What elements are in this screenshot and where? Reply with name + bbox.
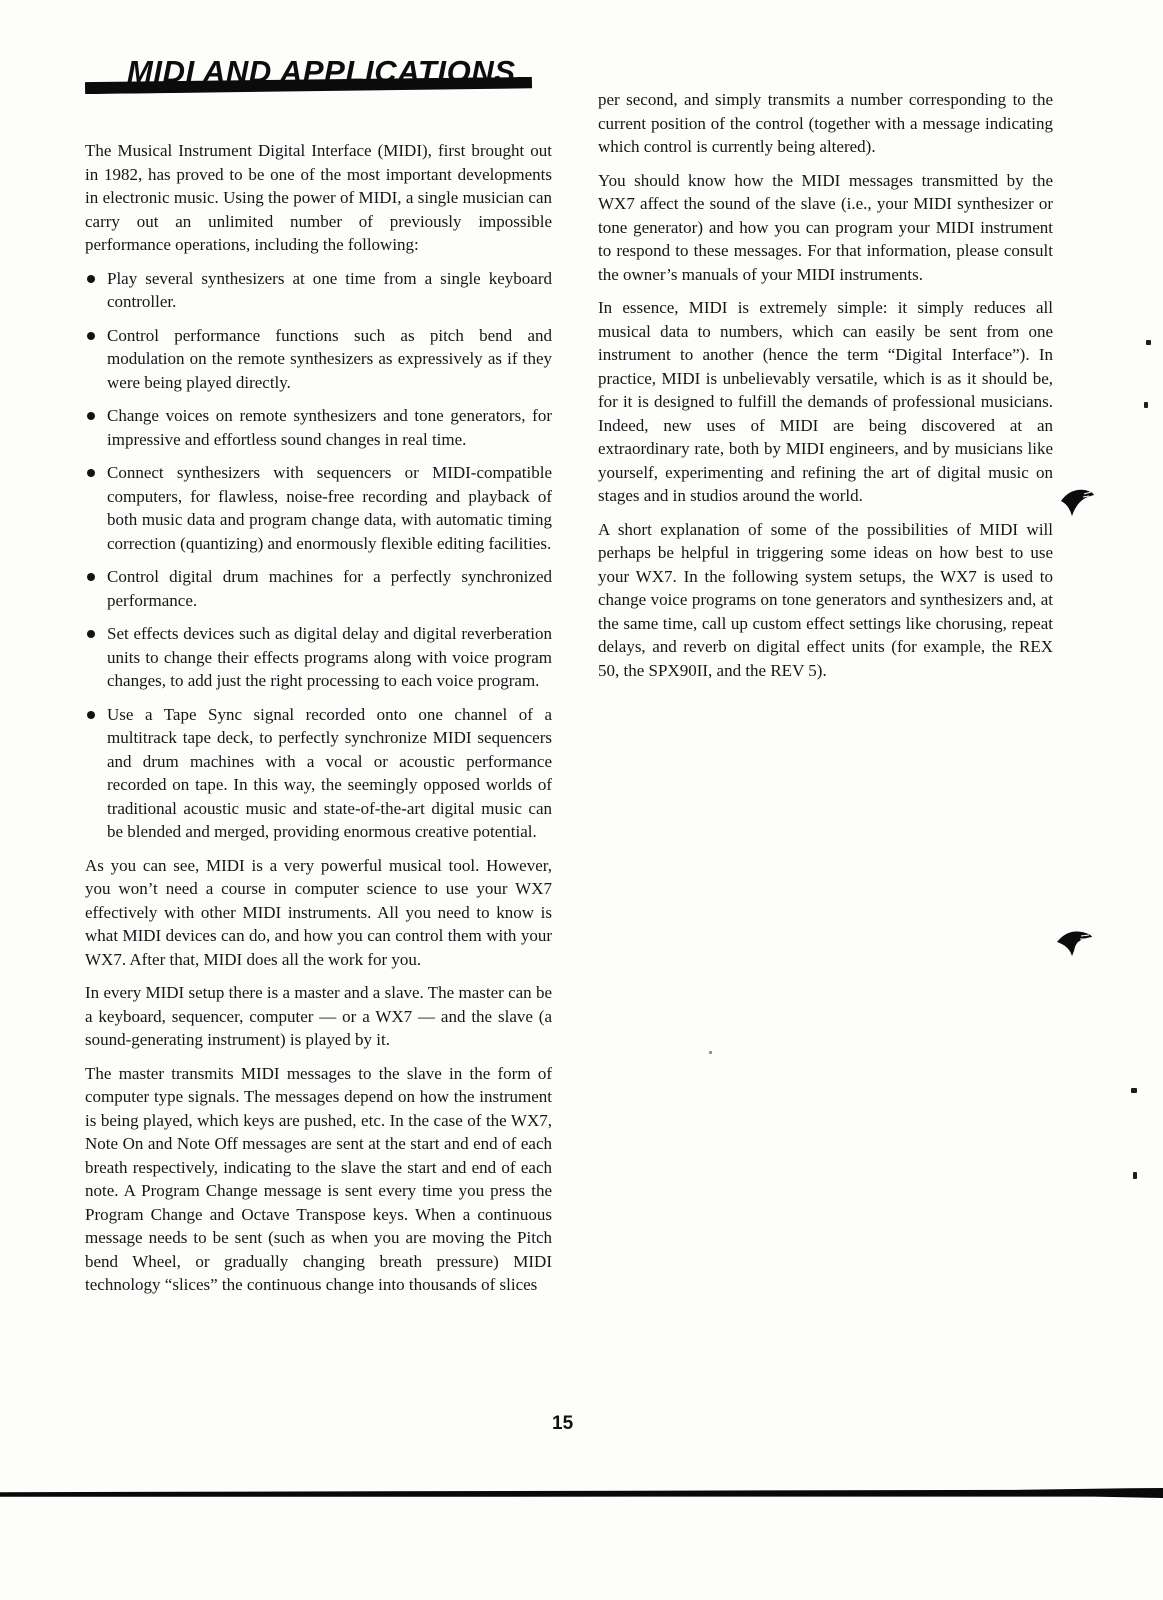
body-paragraph: The master transmits MIDI messages to th… [85, 1062, 552, 1297]
right-column: per second, and simply transmits a numbe… [598, 88, 1053, 682]
list-item-text: Control performance functions such as pi… [107, 326, 552, 392]
body-paragraph: per second, and simply transmits a numbe… [598, 88, 1053, 159]
page-number: 15 [552, 1413, 573, 1435]
list-item: Use a Tape Sync signal recorded onto one… [85, 703, 552, 844]
body-paragraph: A short explanation of some of the possi… [598, 518, 1053, 683]
feature-bullet-list: Play several synthesizers at one time fr… [85, 267, 552, 844]
bullet-icon [87, 469, 95, 477]
bullet-icon [87, 711, 95, 719]
list-item-text: Use a Tape Sync signal recorded onto one… [107, 705, 552, 842]
bullet-icon [87, 573, 95, 581]
left-column: The Musical Instrument Digital Interface… [85, 139, 552, 1297]
bullet-icon [87, 630, 95, 638]
list-item: Control digital drum machines for a perf… [85, 565, 552, 612]
list-item: Set effects devices such as digital dela… [85, 622, 552, 693]
list-item-text: Set effects devices such as digital dela… [107, 624, 552, 690]
body-paragraph: In every MIDI setup there is a master an… [85, 981, 552, 1052]
body-paragraph: As you can see, MIDI is a very powerful … [85, 854, 552, 972]
page-bottom-rule [0, 1488, 1163, 1498]
scan-speck [1131, 1088, 1137, 1093]
list-item-text: Play several synthesizers at one time fr… [107, 269, 552, 312]
list-item: Change voices on remote synthesizers and… [85, 404, 552, 451]
list-item: Control performance functions such as pi… [85, 324, 552, 395]
scan-speck [1133, 1172, 1137, 1179]
list-item-text: Control digital drum machines for a perf… [107, 567, 552, 610]
scan-speck [709, 1051, 712, 1054]
ink-smudge [1058, 486, 1096, 520]
list-item: Connect synthesizers with sequencers or … [85, 461, 552, 555]
scan-speck [1144, 402, 1148, 408]
bullet-icon [87, 332, 95, 340]
intro-paragraph: The Musical Instrument Digital Interface… [85, 139, 552, 257]
scan-speck [1146, 340, 1151, 345]
body-paragraph: You should know how the MIDI messages tr… [598, 169, 1053, 287]
ink-smudge [1053, 926, 1095, 958]
list-item: Play several synthesizers at one time fr… [85, 267, 552, 314]
bullet-icon [87, 275, 95, 283]
bullet-icon [87, 412, 95, 420]
list-item-text: Connect synthesizers with sequencers or … [107, 463, 552, 553]
body-paragraph: In essence, MIDI is extremely simple: it… [598, 296, 1053, 508]
list-item-text: Change voices on remote synthesizers and… [107, 406, 552, 449]
